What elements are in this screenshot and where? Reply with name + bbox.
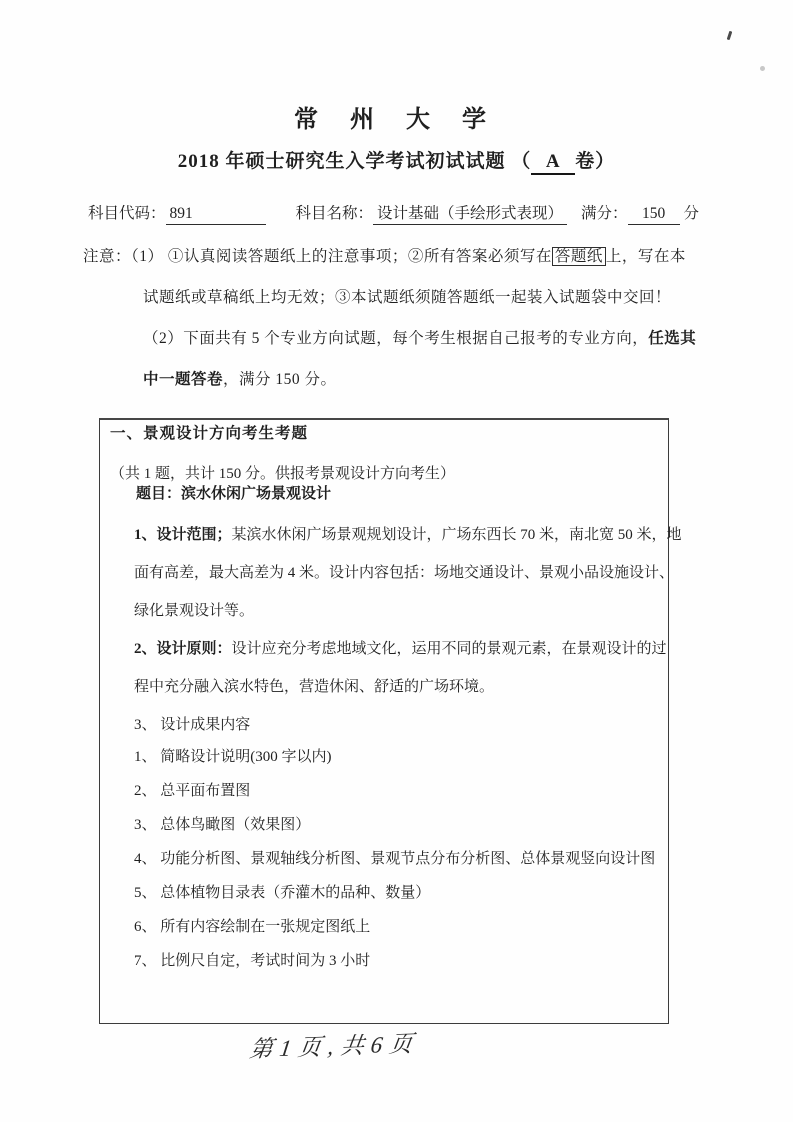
subject-name-value: 设计基础（手绘形式表现） bbox=[373, 201, 567, 225]
deliverable-item: 3、 总体鸟瞰图（效果图） bbox=[134, 808, 654, 842]
paren-close: 卷） bbox=[575, 151, 615, 172]
notice-line1-tail: 上，写在本 bbox=[606, 248, 686, 265]
notice-line-4: 中一题答卷，满分 150 分。 bbox=[83, 369, 717, 390]
deliverables-list: 1、 简略设计说明(300 字以内) 2、 总平面布置图 3、 总体鸟瞰图（效果… bbox=[134, 740, 654, 978]
full-score-label: 满分： bbox=[581, 205, 628, 222]
deliverable-item: 1、 简略设计说明(300 字以内) bbox=[134, 740, 654, 774]
notice-label: 注意： bbox=[83, 248, 131, 265]
subject-code-label: 科目代码： bbox=[88, 205, 166, 222]
exam-title-line: 2018 年硕士研究生入学考试初试试题 （A卷） bbox=[0, 146, 793, 175]
answer-sheet-boxed-term: 答题纸 bbox=[552, 247, 606, 266]
subject-name-label: 科目名称： bbox=[296, 205, 374, 222]
paragraph-deliverables-heading: 3、 设计成果内容 bbox=[134, 706, 654, 744]
notice-line3-bold: 任选其 bbox=[648, 330, 696, 347]
university-title: 常 州 大 学 bbox=[0, 99, 793, 134]
notice-line4-bold: 中一题答卷 bbox=[143, 371, 223, 388]
meta-line: 科目代码：891科目名称：设计基础（手绘形式表现）满分：150 分 bbox=[88, 201, 718, 225]
question-body: 1、设计范围；某滨水休闲广场景观规划设计，广场东西长 70 米，南北宽 50 米… bbox=[134, 516, 654, 978]
paragraph-design-scope: 1、设计范围；某滨水休闲广场景观规划设计，广场东西长 70 米，南北宽 50 米… bbox=[134, 516, 654, 554]
score-unit: 分 bbox=[683, 205, 699, 222]
deliverable-item: 6、 所有内容绘制在一张规定图纸上 bbox=[134, 910, 654, 944]
deliverable-item: 5、 总体植物目录表（乔灌木的品种、数量） bbox=[134, 876, 654, 910]
deliverable-item: 4、 功能分析图、景观轴线分析图、景观节点分布分析图、总体景观竖向设计图 bbox=[134, 842, 654, 876]
handwritten-page-note: 第1页,共6页 bbox=[248, 1025, 422, 1064]
subject-code-value: 891 bbox=[166, 205, 266, 225]
section-title: 一、景观设计方向考生考题 bbox=[110, 423, 656, 445]
p2-line1: 设计应充分考虑地域文化，运用不同的景观元素，在景观设计的过 bbox=[232, 641, 667, 657]
notice-line1-text: （1） ①认真阅读答题纸上的注意事项；②所有答案必须写在 bbox=[131, 248, 552, 265]
topic-text: 滨水休闲广场景观设计 bbox=[181, 486, 331, 502]
deliverable-item: 2、 总平面布置图 bbox=[134, 774, 654, 808]
full-score-value: 150 bbox=[628, 205, 680, 225]
p2-lead: 2、设计原则： bbox=[134, 641, 232, 657]
scan-artifact bbox=[727, 31, 733, 40]
p1-line3: 绿化景观设计等。 bbox=[134, 592, 654, 630]
paper-variant: A bbox=[531, 151, 575, 175]
notice-block: 注意：（1） ①认真阅读答题纸上的注意事项；②所有答案必须写在答题纸上，写在本 … bbox=[83, 246, 717, 410]
p2-line2: 程中充分融入滨水特色，营造休闲、舒适的广场环境。 bbox=[134, 668, 654, 706]
p1-lead: 1、设计范围； bbox=[134, 527, 232, 543]
p1-line1: 某滨水休闲广场景观规划设计，广场东西长 70 米，南北宽 50 米，地 bbox=[232, 527, 682, 543]
topic-label: 题目： bbox=[136, 486, 181, 502]
scan-artifact bbox=[760, 66, 765, 71]
question-note: （共 1 题，共计 150 分。供报考景观设计方向考生） bbox=[110, 464, 656, 484]
question-box: 一、景观设计方向考生考题 （共 1 题，共计 150 分。供报考景观设计方向考生… bbox=[99, 418, 669, 1024]
p1-line2: 面有高差，最大高差为 4 米。设计内容包括：场地交通设计、景观小品设施设计、 bbox=[134, 554, 654, 592]
paragraph-design-principle: 2、设计原则：设计应充分考虑地域文化，运用不同的景观元素，在景观设计的过 bbox=[134, 630, 654, 668]
deliverable-item: 7、 比例尺自定，考试时间为 3 小时 bbox=[134, 944, 654, 978]
question-topic: 题目：滨水休闲广场景观设计 bbox=[136, 484, 656, 504]
notice-line-1: 注意：（1） ①认真阅读答题纸上的注意事项；②所有答案必须写在答题纸上，写在本 bbox=[83, 246, 717, 267]
paren-open: （ bbox=[511, 151, 531, 172]
notice-line-3: （2）下面共有 5 个专业方向试题，每个考生根据自己报考的专业方向，任选其 bbox=[83, 328, 717, 349]
scanned-exam-page: 常 州 大 学 2018 年硕士研究生入学考试初试试题 （A卷） 科目代码：89… bbox=[0, 0, 793, 1122]
notice-line-2: 试题纸或草稿纸上均无效；③本试题纸须随答题纸一起装入试题袋中交回！ bbox=[83, 287, 717, 308]
notice-line2-text: 试题纸或草稿纸上均无效；③本试题纸须随答题纸一起装入试题袋中交回！ bbox=[143, 289, 671, 306]
exam-title-text: 2018 年硕士研究生入学考试初试试题 bbox=[178, 151, 506, 172]
notice-line4-text: ，满分 150 分。 bbox=[223, 371, 337, 388]
notice-line3-text: （2）下面共有 5 个专业方向试题，每个考生根据自己报考的专业方向， bbox=[143, 330, 648, 347]
